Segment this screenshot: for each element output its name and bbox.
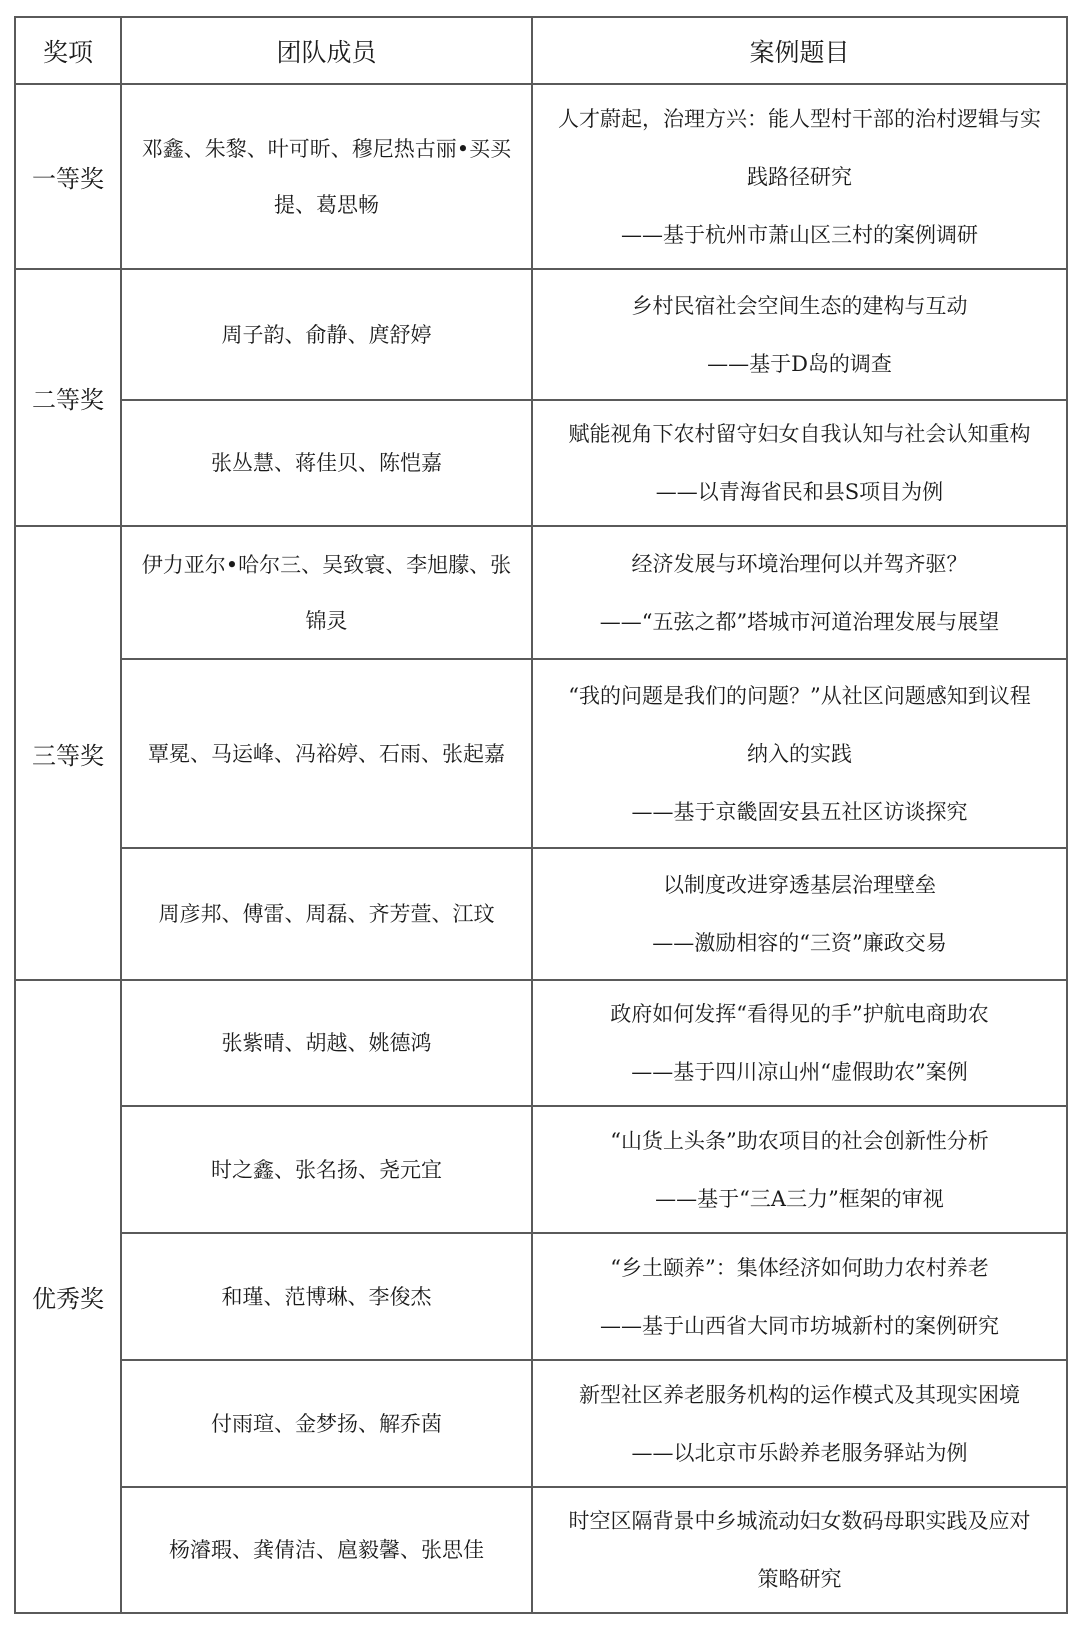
title-line: 策略研究	[545, 1550, 1054, 1608]
team-members-cell: 周彦邦、傅雷、周磊、齐芳萱、江玟	[121, 848, 532, 980]
members-line: 提、葛思畅	[134, 177, 519, 233]
table-row: 一等奖邓鑫、朱黎、叶可昕、穆尼热古丽•买买提、葛思畅人才蔚起，治理方兴：能人型村…	[15, 84, 1067, 269]
title-line: 政府如何发挥“看得见的手”护航电商助农	[545, 985, 1054, 1043]
members-line: 杨濬瑕、龚倩洁、扈毅馨、张思佳	[134, 1522, 519, 1578]
award-level-cell: 三等奖	[15, 526, 121, 980]
case-title-cell: 乡村民宿社会空间生态的建构与互动——基于D岛的调查	[532, 269, 1067, 400]
title-line: ——“五弦之都”塔城市河道治理发展与展望	[545, 593, 1054, 651]
header-title: 案例题目	[532, 17, 1067, 84]
team-members-cell: 张丛慧、蒋佳贝、陈恺嘉	[121, 400, 532, 526]
team-members-cell: 和瑾、范博琳、李俊杰	[121, 1233, 532, 1360]
title-line: 乡村民宿社会空间生态的建构与互动	[545, 277, 1054, 335]
members-line: 时之鑫、张名扬、尧元宜	[134, 1142, 519, 1198]
members-line: 周彦邦、傅雷、周磊、齐芳萱、江玟	[134, 886, 519, 942]
team-members-cell: 张紫晴、胡越、姚德鸿	[121, 980, 532, 1106]
case-title-cell: 人才蔚起，治理方兴：能人型村干部的治村逻辑与实践路径研究——基于杭州市萧山区三村…	[532, 84, 1067, 269]
title-line: 践路径研究	[545, 148, 1054, 206]
award-level-cell: 二等奖	[15, 269, 121, 526]
team-members-cell: 邓鑫、朱黎、叶可昕、穆尼热古丽•买买提、葛思畅	[121, 84, 532, 269]
title-line: ——基于“三A三力”框架的审视	[545, 1170, 1054, 1228]
title-line: ——基于杭州市萧山区三村的案例调研	[545, 206, 1054, 264]
title-line: ——基于山西省大同市坊城新村的案例研究	[545, 1297, 1054, 1355]
title-line: “我的问题是我们的问题？”从社区问题感知到议程	[545, 667, 1054, 725]
title-line: ——激励相容的“三资”廉政交易	[545, 914, 1054, 972]
table-row: 杨濬瑕、龚倩洁、扈毅馨、张思佳时空区隔背景中乡城流动妇女数码母职实践及应对策略研…	[15, 1487, 1067, 1613]
members-line: 伊力亚尔•哈尔三、吴致寰、李旭朦、张	[134, 537, 519, 593]
title-line: ——以青海省民和县S项目为例	[545, 463, 1054, 521]
team-members-cell: 杨濬瑕、龚倩洁、扈毅馨、张思佳	[121, 1487, 532, 1613]
case-title-cell: 时空区隔背景中乡城流动妇女数码母职实践及应对策略研究	[532, 1487, 1067, 1613]
title-line: “乡土颐养”：集体经济如何助力农村养老	[545, 1239, 1054, 1297]
title-line: ——基于京畿固安县五社区访谈探究	[545, 783, 1054, 841]
header-row: 奖项 团队成员 案例题目	[15, 17, 1067, 84]
table-row: 周彦邦、傅雷、周磊、齐芳萱、江玟以制度改进穿透基层治理壁垒——激励相容的“三资”…	[15, 848, 1067, 980]
members-line: 张紫晴、胡越、姚德鸿	[134, 1015, 519, 1071]
header-members: 团队成员	[121, 17, 532, 84]
members-line: 邓鑫、朱黎、叶可昕、穆尼热古丽•买买	[134, 121, 519, 177]
members-line: 锦灵	[134, 593, 519, 649]
table-row: 覃冕、马运峰、冯裕婷、石雨、张起嘉“我的问题是我们的问题？”从社区问题感知到议程…	[15, 659, 1067, 848]
title-line: “山货上头条”助农项目的社会创新性分析	[545, 1112, 1054, 1170]
case-title-cell: 经济发展与环境治理何以并驾齐驱？——“五弦之都”塔城市河道治理发展与展望	[532, 526, 1067, 659]
table-row: 二等奖周子韵、俞静、庹舒婷乡村民宿社会空间生态的建构与互动——基于D岛的调查	[15, 269, 1067, 400]
team-members-cell: 伊力亚尔•哈尔三、吴致寰、李旭朦、张锦灵	[121, 526, 532, 659]
team-members-cell: 周子韵、俞静、庹舒婷	[121, 269, 532, 400]
team-members-cell: 时之鑫、张名扬、尧元宜	[121, 1106, 532, 1233]
title-line: ——基于D岛的调查	[545, 335, 1054, 393]
members-line: 周子韵、俞静、庹舒婷	[134, 307, 519, 363]
title-line: 赋能视角下农村留守妇女自我认知与社会认知重构	[545, 405, 1054, 463]
case-title-cell: 政府如何发挥“看得见的手”护航电商助农——基于四川凉山州“虚假助农”案例	[532, 980, 1067, 1106]
team-members-cell: 付雨瑄、金梦扬、解乔茵	[121, 1360, 532, 1487]
title-line: 时空区隔背景中乡城流动妇女数码母职实践及应对	[545, 1492, 1054, 1550]
case-title-cell: “我的问题是我们的问题？”从社区问题感知到议程纳入的实践——基于京畿固安县五社区…	[532, 659, 1067, 848]
award-level-cell: 优秀奖	[15, 980, 121, 1613]
case-title-cell: 新型社区养老服务机构的运作模式及其现实困境——以北京市乐龄养老服务驿站为例	[532, 1360, 1067, 1487]
title-line: ——基于四川凉山州“虚假助农”案例	[545, 1043, 1054, 1101]
title-line: 新型社区养老服务机构的运作模式及其现实困境	[545, 1366, 1054, 1424]
title-line: 人才蔚起，治理方兴：能人型村干部的治村逻辑与实	[545, 90, 1054, 148]
table-row: 时之鑫、张名扬、尧元宜“山货上头条”助农项目的社会创新性分析——基于“三A三力”…	[15, 1106, 1067, 1233]
members-line: 覃冕、马运峰、冯裕婷、石雨、张起嘉	[134, 726, 519, 782]
case-title-cell: 以制度改进穿透基层治理壁垒——激励相容的“三资”廉政交易	[532, 848, 1067, 980]
table-row: 和瑾、范博琳、李俊杰“乡土颐养”：集体经济如何助力农村养老——基于山西省大同市坊…	[15, 1233, 1067, 1360]
table-body: 一等奖邓鑫、朱黎、叶可昕、穆尼热古丽•买买提、葛思畅人才蔚起，治理方兴：能人型村…	[15, 84, 1067, 1613]
case-title-cell: “乡土颐养”：集体经济如何助力农村养老——基于山西省大同市坊城新村的案例研究	[532, 1233, 1067, 1360]
members-line: 张丛慧、蒋佳贝、陈恺嘉	[134, 435, 519, 491]
team-members-cell: 覃冕、马运峰、冯裕婷、石雨、张起嘉	[121, 659, 532, 848]
table-row: 张丛慧、蒋佳贝、陈恺嘉赋能视角下农村留守妇女自我认知与社会认知重构——以青海省民…	[15, 400, 1067, 526]
case-title-cell: 赋能视角下农村留守妇女自我认知与社会认知重构——以青海省民和县S项目为例	[532, 400, 1067, 526]
table-row: 三等奖伊力亚尔•哈尔三、吴致寰、李旭朦、张锦灵经济发展与环境治理何以并驾齐驱？—…	[15, 526, 1067, 659]
members-line: 付雨瑄、金梦扬、解乔茵	[134, 1396, 519, 1452]
members-line: 和瑾、范博琳、李俊杰	[134, 1269, 519, 1325]
case-title-cell: “山货上头条”助农项目的社会创新性分析——基于“三A三力”框架的审视	[532, 1106, 1067, 1233]
awards-table: 奖项 团队成员 案例题目 一等奖邓鑫、朱黎、叶可昕、穆尼热古丽•买买提、葛思畅人…	[14, 16, 1068, 1614]
header-award: 奖项	[15, 17, 121, 84]
title-line: 以制度改进穿透基层治理壁垒	[545, 856, 1054, 914]
title-line: 纳入的实践	[545, 725, 1054, 783]
title-line: 经济发展与环境治理何以并驾齐驱？	[545, 535, 1054, 593]
award-level-cell: 一等奖	[15, 84, 121, 269]
title-line: ——以北京市乐龄养老服务驿站为例	[545, 1424, 1054, 1482]
table-row: 优秀奖张紫晴、胡越、姚德鸿政府如何发挥“看得见的手”护航电商助农——基于四川凉山…	[15, 980, 1067, 1106]
table-row: 付雨瑄、金梦扬、解乔茵新型社区养老服务机构的运作模式及其现实困境——以北京市乐龄…	[15, 1360, 1067, 1487]
